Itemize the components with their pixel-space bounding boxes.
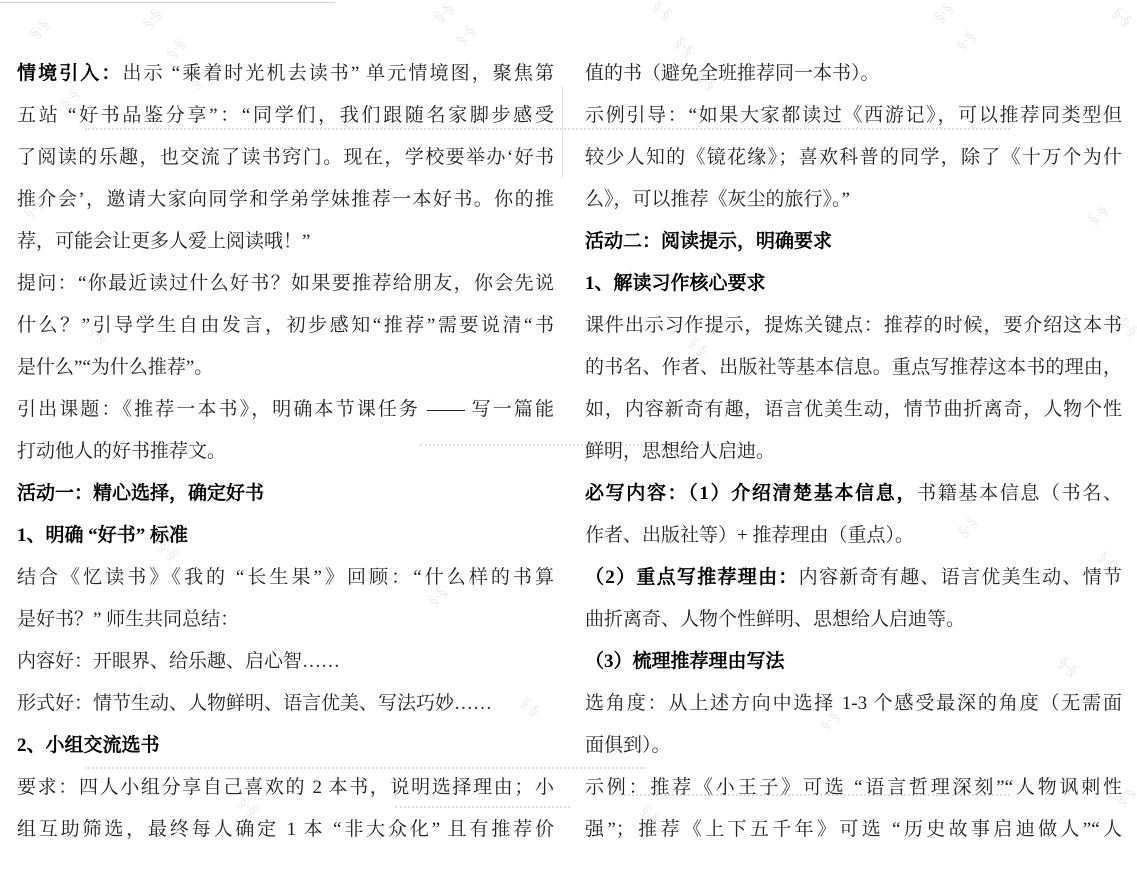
text-segment: 出示 “乘着时光机去读书” 单元情境图，聚焦第 bbox=[123, 63, 554, 84]
text-segment: 选角度：从上述方向中选择 1-3 个感受最深的角度（无需面 bbox=[585, 693, 1122, 714]
text-segment: 打动他人的好书推荐文。 bbox=[17, 441, 226, 462]
text-segment: 书籍基本信息（书名、 bbox=[917, 483, 1122, 504]
text-line: 提问：“你最近读过什么好书？如果要推荐给朋友，你会先说 bbox=[17, 263, 554, 305]
text-segment: 形式好：情节生动、人物鲜明、语言优美、写法巧妙…… bbox=[17, 693, 492, 714]
swirl-ornament: §·§ bbox=[27, 16, 54, 43]
column-left: 情境引入：出示 “乘着时光机去读书” 单元情境图，聚焦第五站 “好书品鉴分享”：… bbox=[17, 53, 554, 851]
text-line: （3）梳理推荐理由写法 bbox=[585, 641, 1122, 683]
text-segment: 如，内容新奇有趣，语言优美生动，情节曲折离奇，人物个性 bbox=[585, 399, 1122, 420]
text-line: 较少人知的《镜花缘》；喜欢科普的同学，除了《十万个为什 bbox=[585, 137, 1122, 179]
text-line: 2、小组交流选书 bbox=[17, 725, 554, 767]
text-line: 1、解读习作核心要求 bbox=[585, 263, 1122, 305]
text-line: 示例引导：“如果大家都读过《西游记》，可以推荐同类型但 bbox=[585, 95, 1122, 137]
text-segment: 较少人知的《镜花缘》；喜欢科普的同学，除了《十万个为什 bbox=[585, 147, 1122, 168]
text-segment: 的书名、作者、出版社等基本信息。重点写推荐这本书的理由， bbox=[585, 357, 1122, 378]
swirl-ornament: §·§ bbox=[931, 0, 958, 26]
text-segment: 要求：四人小组分享自己喜欢的 2 本书，说明选择理由；小 bbox=[17, 777, 554, 798]
text-line: 示例：推荐《小王子》可选 “语言哲理深刻”“人物讽刺性 bbox=[585, 767, 1122, 809]
text-segment: 提问：“你最近读过什么好书？如果要推荐给朋友，你会先说 bbox=[17, 273, 554, 294]
bold-text-segment: 2、小组交流选书 bbox=[17, 735, 160, 756]
text-segment: 课件出示习作提示，提炼关键点：推荐的时候，要介绍这本书 bbox=[585, 315, 1122, 336]
text-segment: 内容新奇有趣、语言优美生动、情节 bbox=[799, 567, 1122, 588]
text-line: 引出课题：《推荐一本书》，明确本节课任务 —— 写一篇能 bbox=[17, 389, 554, 431]
text-line: 鲜明，思想给人启迪。 bbox=[585, 431, 1122, 473]
text-line: 形式好：情节生动、人物鲜明、语言优美、写法巧妙…… bbox=[17, 683, 554, 725]
scan-artifact-top-line bbox=[0, 2, 335, 3]
bold-text-segment: （3）梳理推荐理由写法 bbox=[585, 651, 785, 672]
bold-text-segment: 必写内容：（1）介绍清楚基本信息， bbox=[585, 483, 917, 504]
text-line: 活动二：阅读提示，明确要求 bbox=[585, 221, 1122, 263]
text-segment: 推介会’，邀请大家向同学和学弟学妹推荐一本好书。你的推 bbox=[17, 189, 554, 210]
text-line: 什么？”引导学生自由发言，初步感知“推荐”需要说清“书 bbox=[17, 305, 554, 347]
text-segment: 作者、出版社等）+ 推荐理由（重点）。 bbox=[585, 525, 914, 546]
swirl-ornament: §·§ bbox=[1109, 4, 1136, 31]
text-segment: 强”；推荐《上下五千年》可选 “历史故事启迪做人”“人 bbox=[585, 819, 1122, 840]
text-segment: 荐，可能会让更多人爱上阅读哦！” bbox=[17, 231, 310, 252]
text-segment: 是好书？” 师生共同总结： bbox=[17, 609, 239, 630]
bold-text-segment: 1、明确 “好书” 标准 bbox=[17, 525, 188, 546]
text-segment: 值的书（避免全班推荐同一本书）。 bbox=[585, 63, 880, 84]
text-line: 是好书？” 师生共同总结： bbox=[17, 599, 554, 641]
text-segment: 组互助筛选，最终每人确定 1 本 “非大众化” 且有推荐价 bbox=[17, 819, 554, 840]
text-line: 的书名、作者、出版社等基本信息。重点写推荐这本书的理由， bbox=[585, 347, 1122, 389]
text-line: 强”；推荐《上下五千年》可选 “历史故事启迪做人”“人 bbox=[585, 809, 1122, 851]
text-line: 组互助筛选，最终每人确定 1 本 “非大众化” 且有推荐价 bbox=[17, 809, 554, 851]
text-line: 活动一：精心选择，确定好书 bbox=[17, 473, 554, 515]
text-line: 面俱到）。 bbox=[585, 725, 1122, 767]
swirl-ornament: §·§ bbox=[953, 28, 980, 55]
text-segment: 结合《忆读书》《我的 “长生果”》回顾：“什么样的书算 bbox=[17, 567, 554, 588]
document-columns: 情境引入：出示 “乘着时光机去读书” 单元情境图，聚焦第五站 “好书品鉴分享”：… bbox=[17, 53, 1122, 851]
text-segment: 内容好：开眼界、给乐趣、启心智…… bbox=[17, 651, 340, 672]
bold-text-segment: 1、解读习作核心要求 bbox=[585, 273, 766, 294]
text-segment: 么》，可以推荐《灰尘的旅行》。” bbox=[585, 189, 850, 210]
text-line: 作者、出版社等）+ 推荐理由（重点）。 bbox=[585, 515, 1122, 557]
text-line: 课件出示习作提示，提炼关键点：推荐的时候，要介绍这本书 bbox=[585, 305, 1122, 347]
text-segment: 什么？”引导学生自由发言，初步感知“推荐”需要说清“书 bbox=[17, 315, 554, 336]
bold-text-segment: 情境引入： bbox=[17, 63, 123, 84]
column-right: 值的书（避免全班推荐同一本书）。示例引导：“如果大家都读过《西游记》，可以推荐同… bbox=[585, 53, 1122, 851]
text-line: 要求：四人小组分享自己喜欢的 2 本书，说明选择理由；小 bbox=[17, 767, 554, 809]
text-line: 情境引入：出示 “乘着时光机去读书” 单元情境图，聚焦第 bbox=[17, 53, 554, 95]
text-line: 结合《忆读书》《我的 “长生果”》回顾：“什么样的书算 bbox=[17, 557, 554, 599]
bold-text-segment: 活动二：阅读提示，明确要求 bbox=[585, 231, 832, 252]
text-line: 五站 “好书品鉴分享”：“同学们，我们跟随名家脚步感受 bbox=[17, 95, 554, 137]
text-line: 选角度：从上述方向中选择 1-3 个感受最深的角度（无需面 bbox=[585, 683, 1122, 725]
text-line: 了阅读的乐趣，也交流了读书窍门。现在，学校要举办‘好书 bbox=[17, 137, 554, 179]
document-page: §·§§·§§·§§·§§·§§·§§·§§·§§·§§·§§·§§·§§·§§… bbox=[0, 0, 1137, 875]
swirl-ornament: §·§ bbox=[139, 6, 166, 33]
text-segment: 示例引导：“如果大家都读过《西游记》，可以推荐同类型但 bbox=[585, 105, 1122, 126]
text-line: 推介会’，邀请大家向同学和学弟学妹推荐一本好书。你的推 bbox=[17, 179, 554, 221]
text-line: 1、明确 “好书” 标准 bbox=[17, 515, 554, 557]
text-line: 内容好：开眼界、给乐趣、启心智…… bbox=[17, 641, 554, 683]
text-line: 打动他人的好书推荐文。 bbox=[17, 431, 554, 473]
bold-text-segment: 活动一：精心选择，确定好书 bbox=[17, 483, 264, 504]
text-segment: 鲜明，思想给人启迪。 bbox=[585, 441, 775, 462]
text-segment: 五站 “好书品鉴分享”：“同学们，我们跟随名家脚步感受 bbox=[17, 105, 554, 126]
text-line: 必写内容：（1）介绍清楚基本信息，书籍基本信息（书名、 bbox=[585, 473, 1122, 515]
text-line: 值的书（避免全班推荐同一本书）。 bbox=[585, 53, 1122, 95]
text-line: 如，内容新奇有趣，语言优美生动，情节曲折离奇，人物个性 bbox=[585, 389, 1122, 431]
text-segment: 引出课题：《推荐一本书》，明确本节课任务 —— 写一篇能 bbox=[17, 399, 554, 420]
bold-text-segment: （2）重点写推荐理由： bbox=[585, 567, 799, 588]
text-segment: 示例：推荐《小王子》可选 “语言哲理深刻”“人物讽刺性 bbox=[585, 777, 1122, 798]
text-line: 荐，可能会让更多人爱上阅读哦！” bbox=[17, 221, 554, 263]
swirl-ornament: §·§ bbox=[649, 0, 676, 24]
text-line: （2）重点写推荐理由：内容新奇有趣、语言优美生动、情节 bbox=[585, 557, 1122, 599]
text-line: 曲折离奇、人物个性鲜明、思想给人启迪等。 bbox=[585, 599, 1122, 641]
text-segment: 是什么”“为什么推荐”。 bbox=[17, 357, 213, 378]
swirl-ornament: §·§ bbox=[431, 0, 458, 26]
text-line: 是什么”“为什么推荐”。 bbox=[17, 347, 554, 389]
text-segment: 面俱到）。 bbox=[585, 735, 671, 756]
text-line: 么》，可以推荐《灰尘的旅行》。” bbox=[585, 179, 1122, 221]
swirl-ornament: §·§ bbox=[453, 22, 480, 49]
text-segment: 了阅读的乐趣，也交流了读书窍门。现在，学校要举办‘好书 bbox=[17, 147, 554, 168]
text-segment: 曲折离奇、人物个性鲜明、思想给人启迪等。 bbox=[585, 609, 965, 630]
